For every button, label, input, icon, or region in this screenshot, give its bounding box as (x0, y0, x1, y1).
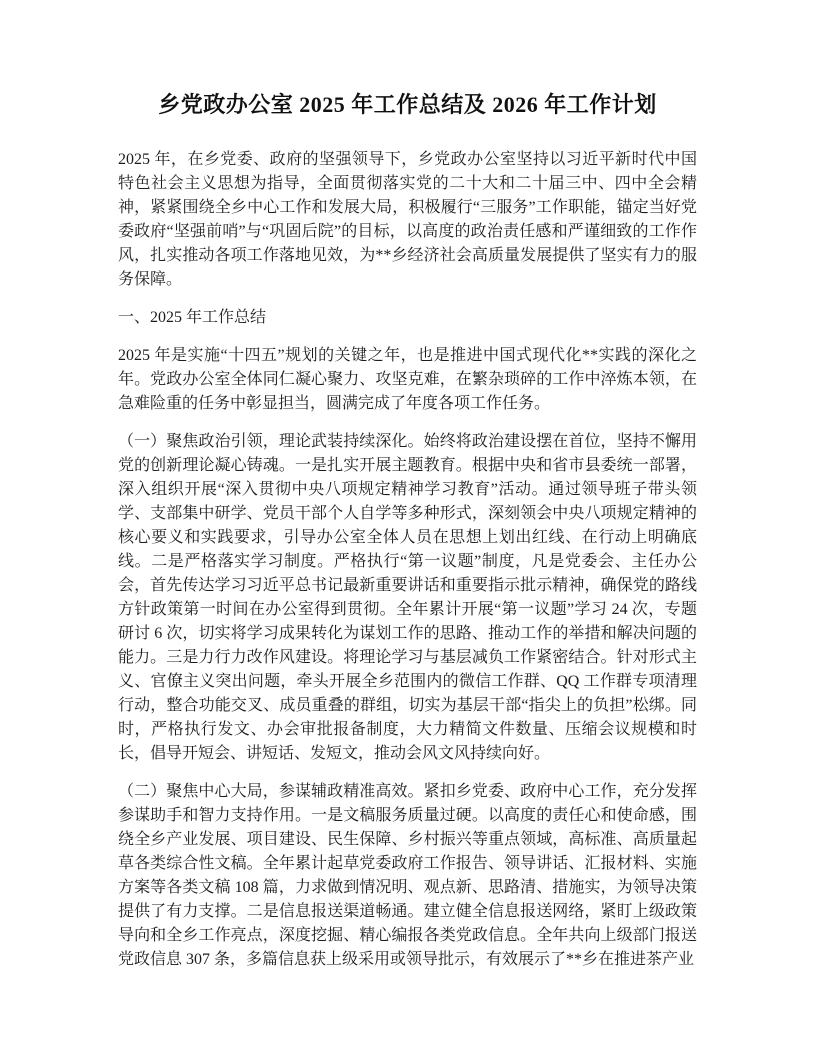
document-page: 乡党政办公室 2025 年工作总结及 2026 年工作计划 2025 年，在乡党… (0, 0, 816, 1056)
section-lead-paragraph: 2025 年是实施“十四五”规划的关键之年，也是推进中国式现代化**实践的深化之… (118, 344, 697, 416)
document-title: 乡党政办公室 2025 年工作总结及 2026 年工作计划 (118, 90, 697, 120)
section-heading-2025-work-summary: 一、2025 年工作总结 (118, 306, 697, 330)
intro-paragraph: 2025 年，在乡党委、政府的坚强领导下，乡党政办公室坚持以习近平新时代中国特色… (118, 148, 697, 292)
paragraph-item-2-central-work: （二）聚焦中心大局，参谋辅政精准高效。紧扣乡党委、政府中心工作，充分发挥参谋助手… (118, 780, 697, 972)
paragraph-item-1-political-guidance: （一）聚焦政治引领，理论武装持续深化。始终将政治建设摆在首位，坚持不懈用党的创新… (118, 430, 697, 766)
